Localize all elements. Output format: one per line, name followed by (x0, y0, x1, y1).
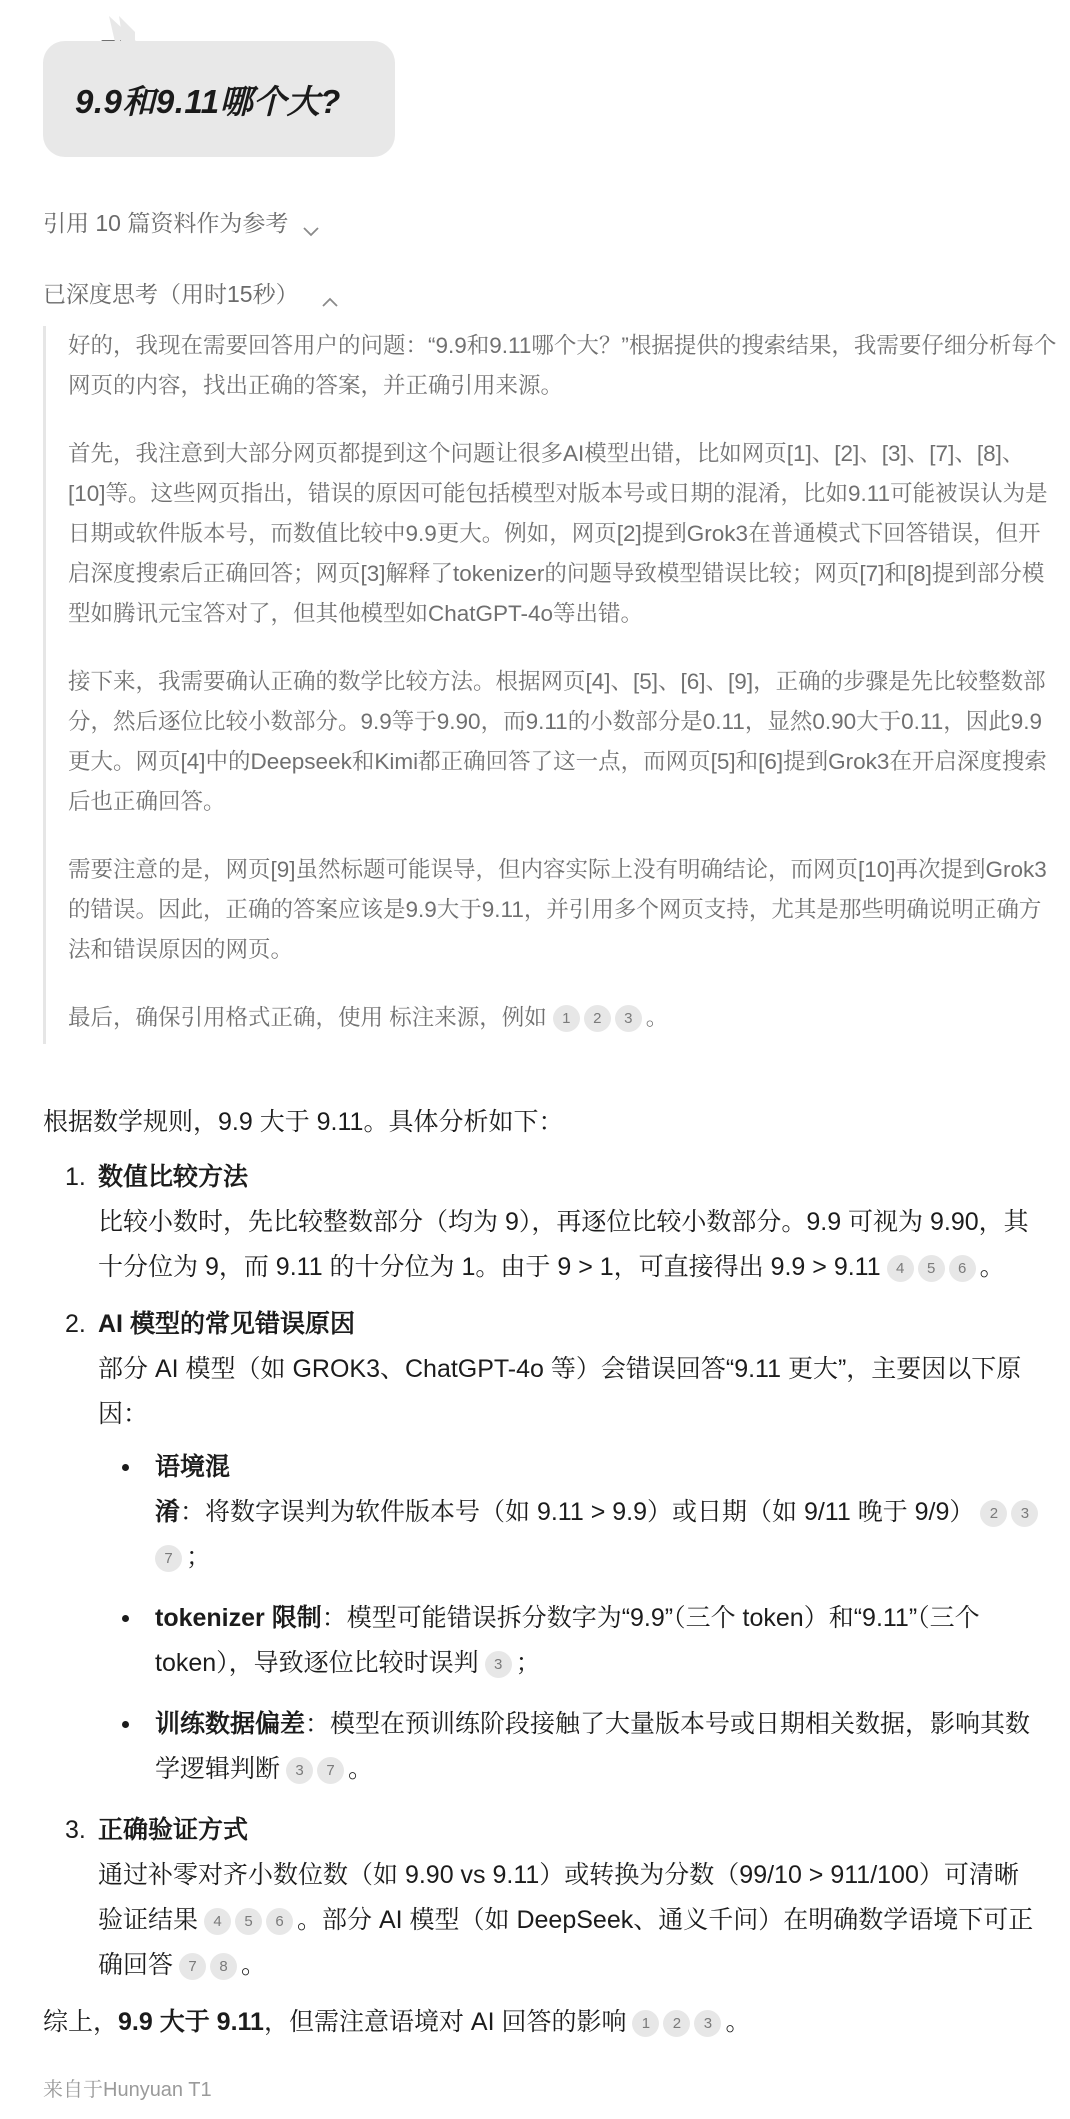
citation-chip[interactable]: 3 (286, 1757, 313, 1784)
answer-block: 根据数学规则，9.9 大于 9.11。具体分析如下： 1. 数值比较方法 比较小… (43, 1100, 1043, 2045)
citation-chip[interactable]: 6 (266, 1908, 293, 1935)
item-body: 部分 AI 模型（如 GROK3、ChatGPT-4o 等）会错误回答“9.11… (98, 1347, 1043, 1437)
citation-group: 123 (553, 1005, 646, 1030)
reason-item: 训练数据偏差：模型在预训练阶段接触了大量版本号或日期相关数据，影响其数学逻辑判断… (98, 1702, 1043, 1792)
citation-chip[interactable]: 8 (210, 1953, 237, 1980)
reason-term: tokenizer 限制 (155, 1604, 322, 1632)
punctuation: ； (186, 1543, 211, 1571)
citation-chip[interactable]: 3 (485, 1651, 512, 1678)
citation-chip[interactable]: 7 (317, 1757, 344, 1784)
chevron-up-icon (321, 287, 339, 299)
item-number: 3. (65, 1808, 86, 1853)
punctuation: 。 (725, 2008, 750, 2036)
thinking-toggle-label: 已深度思考（用时15秒） (43, 276, 299, 309)
citation-chip[interactable]: 2 (663, 2010, 690, 2037)
user-message-text: 9.9和9.11哪个大? (75, 76, 341, 123)
citation-group: 3 (485, 1649, 516, 1677)
citation-chip[interactable]: 7 (155, 1545, 182, 1572)
thinking-toggle[interactable]: 已深度思考（用时15秒） (43, 276, 339, 309)
answer-item: 3. 正确验证方式 通过补零对齐小数位数（如 9.90 vs 9.11）或转换为… (43, 1808, 1043, 1988)
answer-item: 2. AI 模型的常见错误原因 部分 AI 模型（如 GROK3、ChatGPT… (43, 1302, 1043, 1792)
summary-rest: ，但需注意语境对 AI 回答的影响 (264, 2008, 627, 2036)
citation-group: 37 (286, 1755, 348, 1783)
references-toggle-label: 引用 10 篇资料作为参考 (43, 205, 288, 238)
chevron-down-icon (302, 216, 320, 228)
item-title: 数值比较方法 (98, 1155, 1043, 1200)
item-title: AI 模型的常见错误原因 (98, 1302, 1043, 1347)
citation-chip[interactable]: 7 (179, 1953, 206, 1980)
references-toggle[interactable]: 引用 10 篇资料作为参考 (43, 205, 320, 238)
citation-chip[interactable]: 4 (887, 1255, 914, 1282)
model-source-label: 来自于Hunyuan T1 (43, 2073, 212, 2102)
item-body: 比较小数时，先比较整数部分（均为 9），再逐位比较小数部分。9.9 可视为 9.… (98, 1200, 1043, 1290)
item-body: 通过补零对齐小数位数（如 9.90 vs 9.11）或转换为分数（99/10 >… (98, 1853, 1043, 1988)
answer-list: 1. 数值比较方法 比较小数时，先比较整数部分（均为 9），再逐位比较小数部分。… (43, 1155, 1043, 1988)
summary-prefix: 综上， (43, 2008, 118, 2036)
citation-group: 123 (632, 2008, 725, 2036)
citation-chip[interactable]: 3 (1011, 1500, 1038, 1527)
punctuation: ； (516, 1649, 541, 1677)
answer-intro: 根据数学规则，9.9 大于 9.11。具体分析如下： (43, 1100, 1043, 1145)
thinking-paragraph: 接下来，我需要确认正确的数学比较方法。根据网页[4]、[5]、[6]、[9]，正… (68, 662, 1058, 822)
citation-chip[interactable]: 1 (632, 2010, 659, 2037)
punctuation: 。 (980, 1253, 1005, 1281)
citation-group: 456 (204, 1906, 297, 1934)
citation-chip[interactable]: 5 (235, 1908, 262, 1935)
reason-item: 语境混淆：将数字误判为软件版本号（如 9.11 > 9.9）或日期（如 9/11… (98, 1445, 1043, 1580)
punctuation: 。 (646, 1005, 669, 1030)
punctuation: 。 (348, 1755, 373, 1783)
reason-term: 训练数据偏差 (155, 1710, 305, 1738)
citation-chip[interactable]: 5 (918, 1255, 945, 1282)
user-message-bubble: 9.9和9.11哪个大? (43, 16, 395, 160)
citation-chip[interactable]: 6 (949, 1255, 976, 1282)
thinking-paragraph-last: 最后，确保引用格式正确，使用 标注来源，例如123。 (68, 998, 1058, 1044)
thinking-last-text: 最后，确保引用格式正确，使用 标注来源，例如 (68, 1005, 547, 1030)
item-title: 正确验证方式 (98, 1808, 1043, 1853)
reason-list: 语境混淆：将数字误判为软件版本号（如 9.11 > 9.9）或日期（如 9/11… (98, 1445, 1043, 1792)
citation-chip[interactable]: 3 (694, 2010, 721, 2037)
bullet-icon (122, 1721, 129, 1728)
answer-item: 1. 数值比较方法 比较小数时，先比较整数部分（均为 9），再逐位比较小数部分。… (43, 1155, 1043, 1290)
item-number: 2. (65, 1302, 86, 1347)
citation-chip[interactable]: 1 (553, 1005, 580, 1032)
thinking-paragraph: 首先，我注意到大部分网页都提到这个问题让很多AI模型出错，比如网页[1]、[2]… (68, 434, 1058, 634)
thinking-block: 好的，我现在需要回答用户的问题：“9.9和9.11哪个大？”根据提供的搜索结果，… (43, 326, 1058, 1044)
reason-text: ：将数字误判为软件版本号（如 9.11 > 9.9）或日期（如 9/11 晚于 … (180, 1498, 974, 1526)
answer-summary: 综上，9.9 大于 9.11，但需注意语境对 AI 回答的影响123。 (43, 2000, 1043, 2045)
citation-chip[interactable]: 2 (980, 1500, 1007, 1527)
citation-chip[interactable]: 3 (615, 1005, 642, 1032)
citation-group: 78 (179, 1951, 241, 1979)
thinking-paragraph: 需要注意的是，网页[9]虽然标题可能误导，但内容实际上没有明确结论，而网页[10… (68, 850, 1058, 970)
citation-chip[interactable]: 2 (584, 1005, 611, 1032)
summary-bold: 9.9 大于 9.11 (118, 2008, 264, 2036)
thinking-paragraph: 好的，我现在需要回答用户的问题：“9.9和9.11哪个大？”根据提供的搜索结果，… (68, 326, 1058, 406)
citation-chip[interactable]: 4 (204, 1908, 231, 1935)
punctuation: 。 (241, 1951, 266, 1979)
citation-group: 456 (887, 1253, 980, 1281)
reason-item: tokenizer 限制：模型可能错误拆分数字为“9.9”（三个 token）和… (98, 1596, 1043, 1686)
bullet-icon (122, 1464, 129, 1471)
item-number: 1. (65, 1155, 86, 1200)
bullet-icon (122, 1615, 129, 1622)
